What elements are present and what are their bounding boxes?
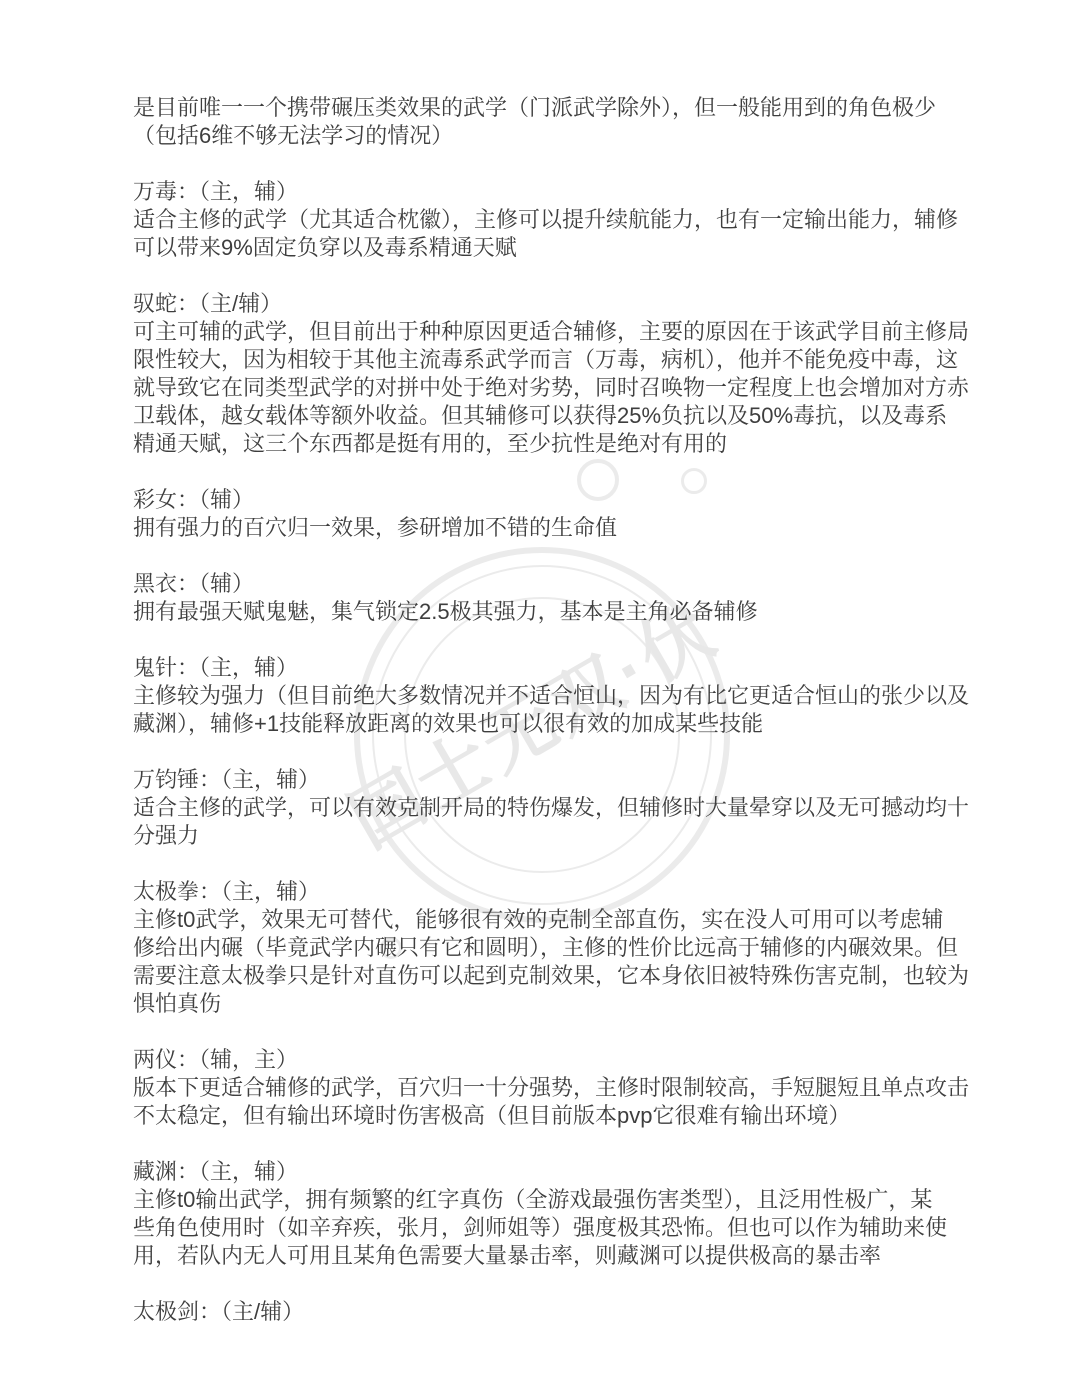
skill-heading: 万毒：（主，辅）	[133, 178, 963, 206]
skill-heading: 黑衣：（辅）	[133, 570, 963, 598]
text-line: 用，若队内无人可用且某角色需要大量暴击率，则藏渊可以提供极高的暴击率	[133, 1242, 963, 1270]
text-line: 不太稳定，但有输出环境时伤害极高（但目前版本pvp它很难有输出环境）	[133, 1102, 963, 1130]
text-line: 卫载体，越女载体等额外收益。但其辅修可以获得25%负抗以及50%毒抗，以及毒系	[133, 402, 963, 430]
document-body: 是目前唯一一个携带碾压类效果的武学（门派武学除外），但一般能用到的角色极少（包括…	[133, 94, 963, 1326]
skill-heading: 两仪：（辅，主）	[133, 1046, 963, 1074]
text-line: 拥有强力的百穴归一效果，参研增加不错的生命值	[133, 514, 963, 542]
skill-heading: 鬼针：（主，辅）	[133, 654, 963, 682]
text-line: 可以带来9%固定负穿以及毒系精通天赋	[133, 234, 963, 262]
text-line: 主修t0输出武学，拥有频繁的红字真伤（全游戏最强伤害类型），且泛用性极广，某	[133, 1186, 963, 1214]
skill-section: 黑衣：（辅）拥有最强天赋鬼魅，集气锁定2.5极其强力，基本是主角必备辅修	[133, 570, 963, 626]
skill-section: 鬼针：（主，辅）主修较为强力（但目前绝大多数情况并不适合恒山，因为有比它更适合恒…	[133, 654, 963, 738]
skill-heading: 太极剑：（主/辅）	[133, 1298, 963, 1326]
skill-heading: 藏渊：（主，辅）	[133, 1158, 963, 1186]
text-line: 主修t0武学，效果无可替代，能够很有效的克制全部直伤，实在没人可用可以考虑辅	[133, 906, 963, 934]
text-line: 版本下更适合辅修的武学，百穴归一十分强势，主修时限制较高，手短腿短且单点攻击	[133, 1074, 963, 1102]
text-line: 可主可辅的武学，但目前出于种种原因更适合辅修，主要的原因在于该武学目前主修局	[133, 318, 963, 346]
text-line: 需要注意太极拳只是针对直伤可以起到克制效果，它本身依旧被特殊伤害克制，也较为	[133, 962, 963, 990]
text-line: 藏渊），辅修+1技能释放距离的效果也可以很有效的加成某些技能	[133, 710, 963, 738]
skill-section: 藏渊：（主，辅）主修t0输出武学，拥有频繁的红字真伤（全游戏最强伤害类型），且泛…	[133, 1158, 963, 1270]
text-line: 分强力	[133, 822, 963, 850]
skill-section: 彩女：（辅）拥有强力的百穴归一效果，参研增加不错的生命值	[133, 486, 963, 542]
text-line: 惧怕真伤	[133, 990, 963, 1018]
text-line: 精通天赋，这三个东西都是挺有用的，至少抗性是绝对有用的	[133, 430, 963, 458]
text-line: 些角色使用时（如辛弃疾，张月，剑师姐等）强度极其恐怖。但也可以作为辅助来使	[133, 1214, 963, 1242]
text-line: 主修较为强力（但目前绝大多数情况并不适合恒山，因为有比它更适合恒山的张少以及	[133, 682, 963, 710]
text-line: 拥有最强天赋鬼魅，集气锁定2.5极其强力，基本是主角必备辅修	[133, 598, 963, 626]
skill-section: 太极剑：（主/辅）	[133, 1298, 963, 1326]
text-line: 限性较大，因为相较于其他主流毒系武学而言（万毒，病机），他并不能免疫中毒，这	[133, 346, 963, 374]
skill-section: 两仪：（辅，主）版本下更适合辅修的武学，百穴归一十分强势，主修时限制较高，手短腿…	[133, 1046, 963, 1130]
text-line: 适合主修的武学，可以有效克制开局的特伤爆发，但辅修时大量晕穿以及无可撼动均十	[133, 794, 963, 822]
skill-heading: 驭蛇：（主/辅）	[133, 290, 963, 318]
skill-heading: 彩女：（辅）	[133, 486, 963, 514]
document-page: 国士无双·伏 是目前唯一一个携带碾压类效果的武学（门派武学除外），但一般能用到的…	[0, 0, 1080, 1398]
skill-section: 驭蛇：（主/辅）可主可辅的武学，但目前出于种种原因更适合辅修，主要的原因在于该武…	[133, 290, 963, 458]
text-line: 就导致它在同类型武学的对拼中处于绝对劣势，同时召唤物一定程度上也会增加对方赤	[133, 374, 963, 402]
skill-heading: 万钧锤：（主，辅）	[133, 766, 963, 794]
text-line: 是目前唯一一个携带碾压类效果的武学（门派武学除外），但一般能用到的角色极少	[133, 94, 963, 122]
text-line: （包括6维不够无法学习的情况）	[133, 122, 963, 150]
skill-section: 万钧锤：（主，辅）适合主修的武学，可以有效克制开局的特伤爆发，但辅修时大量晕穿以…	[133, 766, 963, 850]
skill-section: 太极拳：（主，辅）主修t0武学，效果无可替代，能够很有效的克制全部直伤，实在没人…	[133, 878, 963, 1018]
skill-heading: 太极拳：（主，辅）	[133, 878, 963, 906]
text-line: 适合主修的武学（尤其适合枕徽），主修可以提升续航能力，也有一定输出能力，辅修	[133, 206, 963, 234]
skill-section: 是目前唯一一个携带碾压类效果的武学（门派武学除外），但一般能用到的角色极少（包括…	[133, 94, 963, 150]
skill-section: 万毒：（主，辅）适合主修的武学（尤其适合枕徽），主修可以提升续航能力，也有一定输…	[133, 178, 963, 262]
text-line: 修给出内碾（毕竟武学内碾只有它和圆明），主修的性价比远高于辅修的内碾效果。但	[133, 934, 963, 962]
